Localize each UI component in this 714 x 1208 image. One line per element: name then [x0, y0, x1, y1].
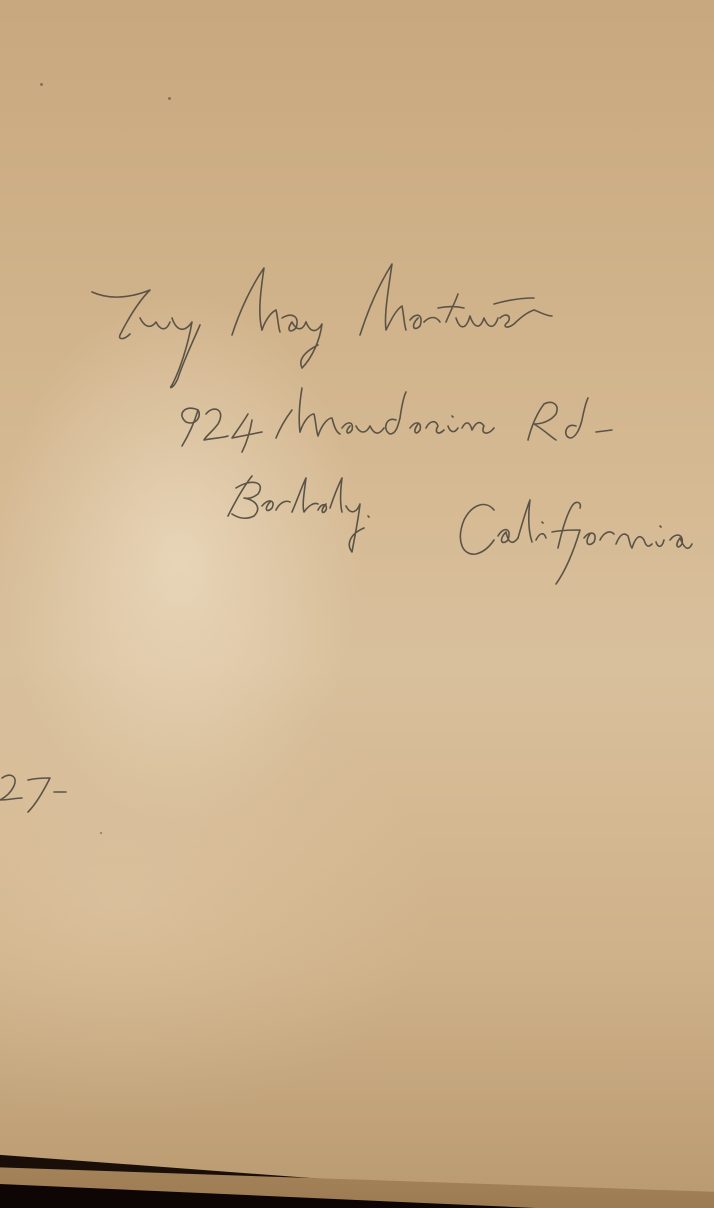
handwriting-strokes: [0, 0, 714, 1208]
paper-speck: [168, 97, 171, 100]
book-page: Lucy May Mortimer 924 Mendocino Rd - Ber…: [0, 0, 714, 1208]
paper-speck: [100, 832, 102, 834]
paper-speck: [40, 83, 43, 86]
